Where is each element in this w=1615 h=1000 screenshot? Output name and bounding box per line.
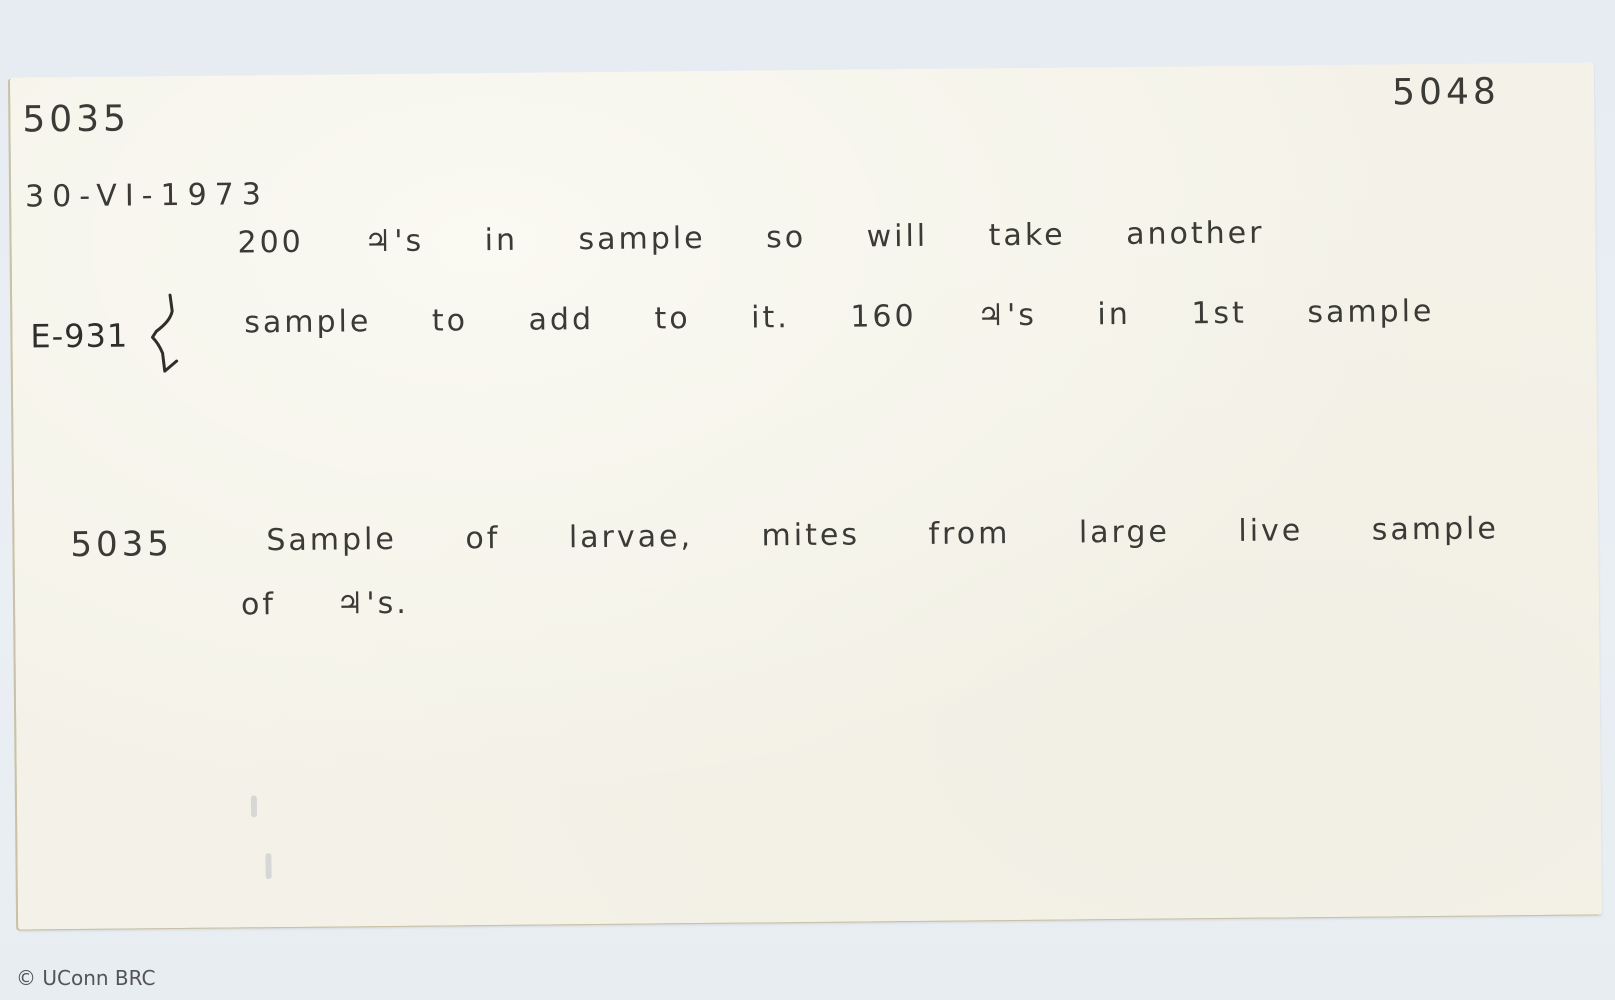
second-entry-number: 5035 [70,524,173,565]
note-line-2: sample to add to it. 160 ♃'s in 1st samp… [244,294,1434,340]
ink-smudge [265,853,271,879]
copyright-notice: © UConn BRC [16,966,156,990]
entry-id: E-931 [30,316,128,355]
ink-smudge [251,795,257,817]
scan-page: 5035 5048 30-VI-1973 200 ♃'s in sample s… [0,0,1615,1000]
note-line-1: 200 ♃'s in sample so will take another [237,216,1264,261]
second-entry-line-2: of ♃'s. [241,586,409,623]
second-entry-line-1: Sample of larvae, mites from large live … [266,511,1499,558]
index-card: 5035 5048 30-VI-1973 200 ♃'s in sample s… [10,62,1602,929]
catalog-number-right: 5048 [1392,71,1500,113]
collection-date: 30-VI-1973 [25,177,269,214]
curly-brace-icon [142,291,193,386]
catalog-number-left: 5035 [22,98,130,140]
